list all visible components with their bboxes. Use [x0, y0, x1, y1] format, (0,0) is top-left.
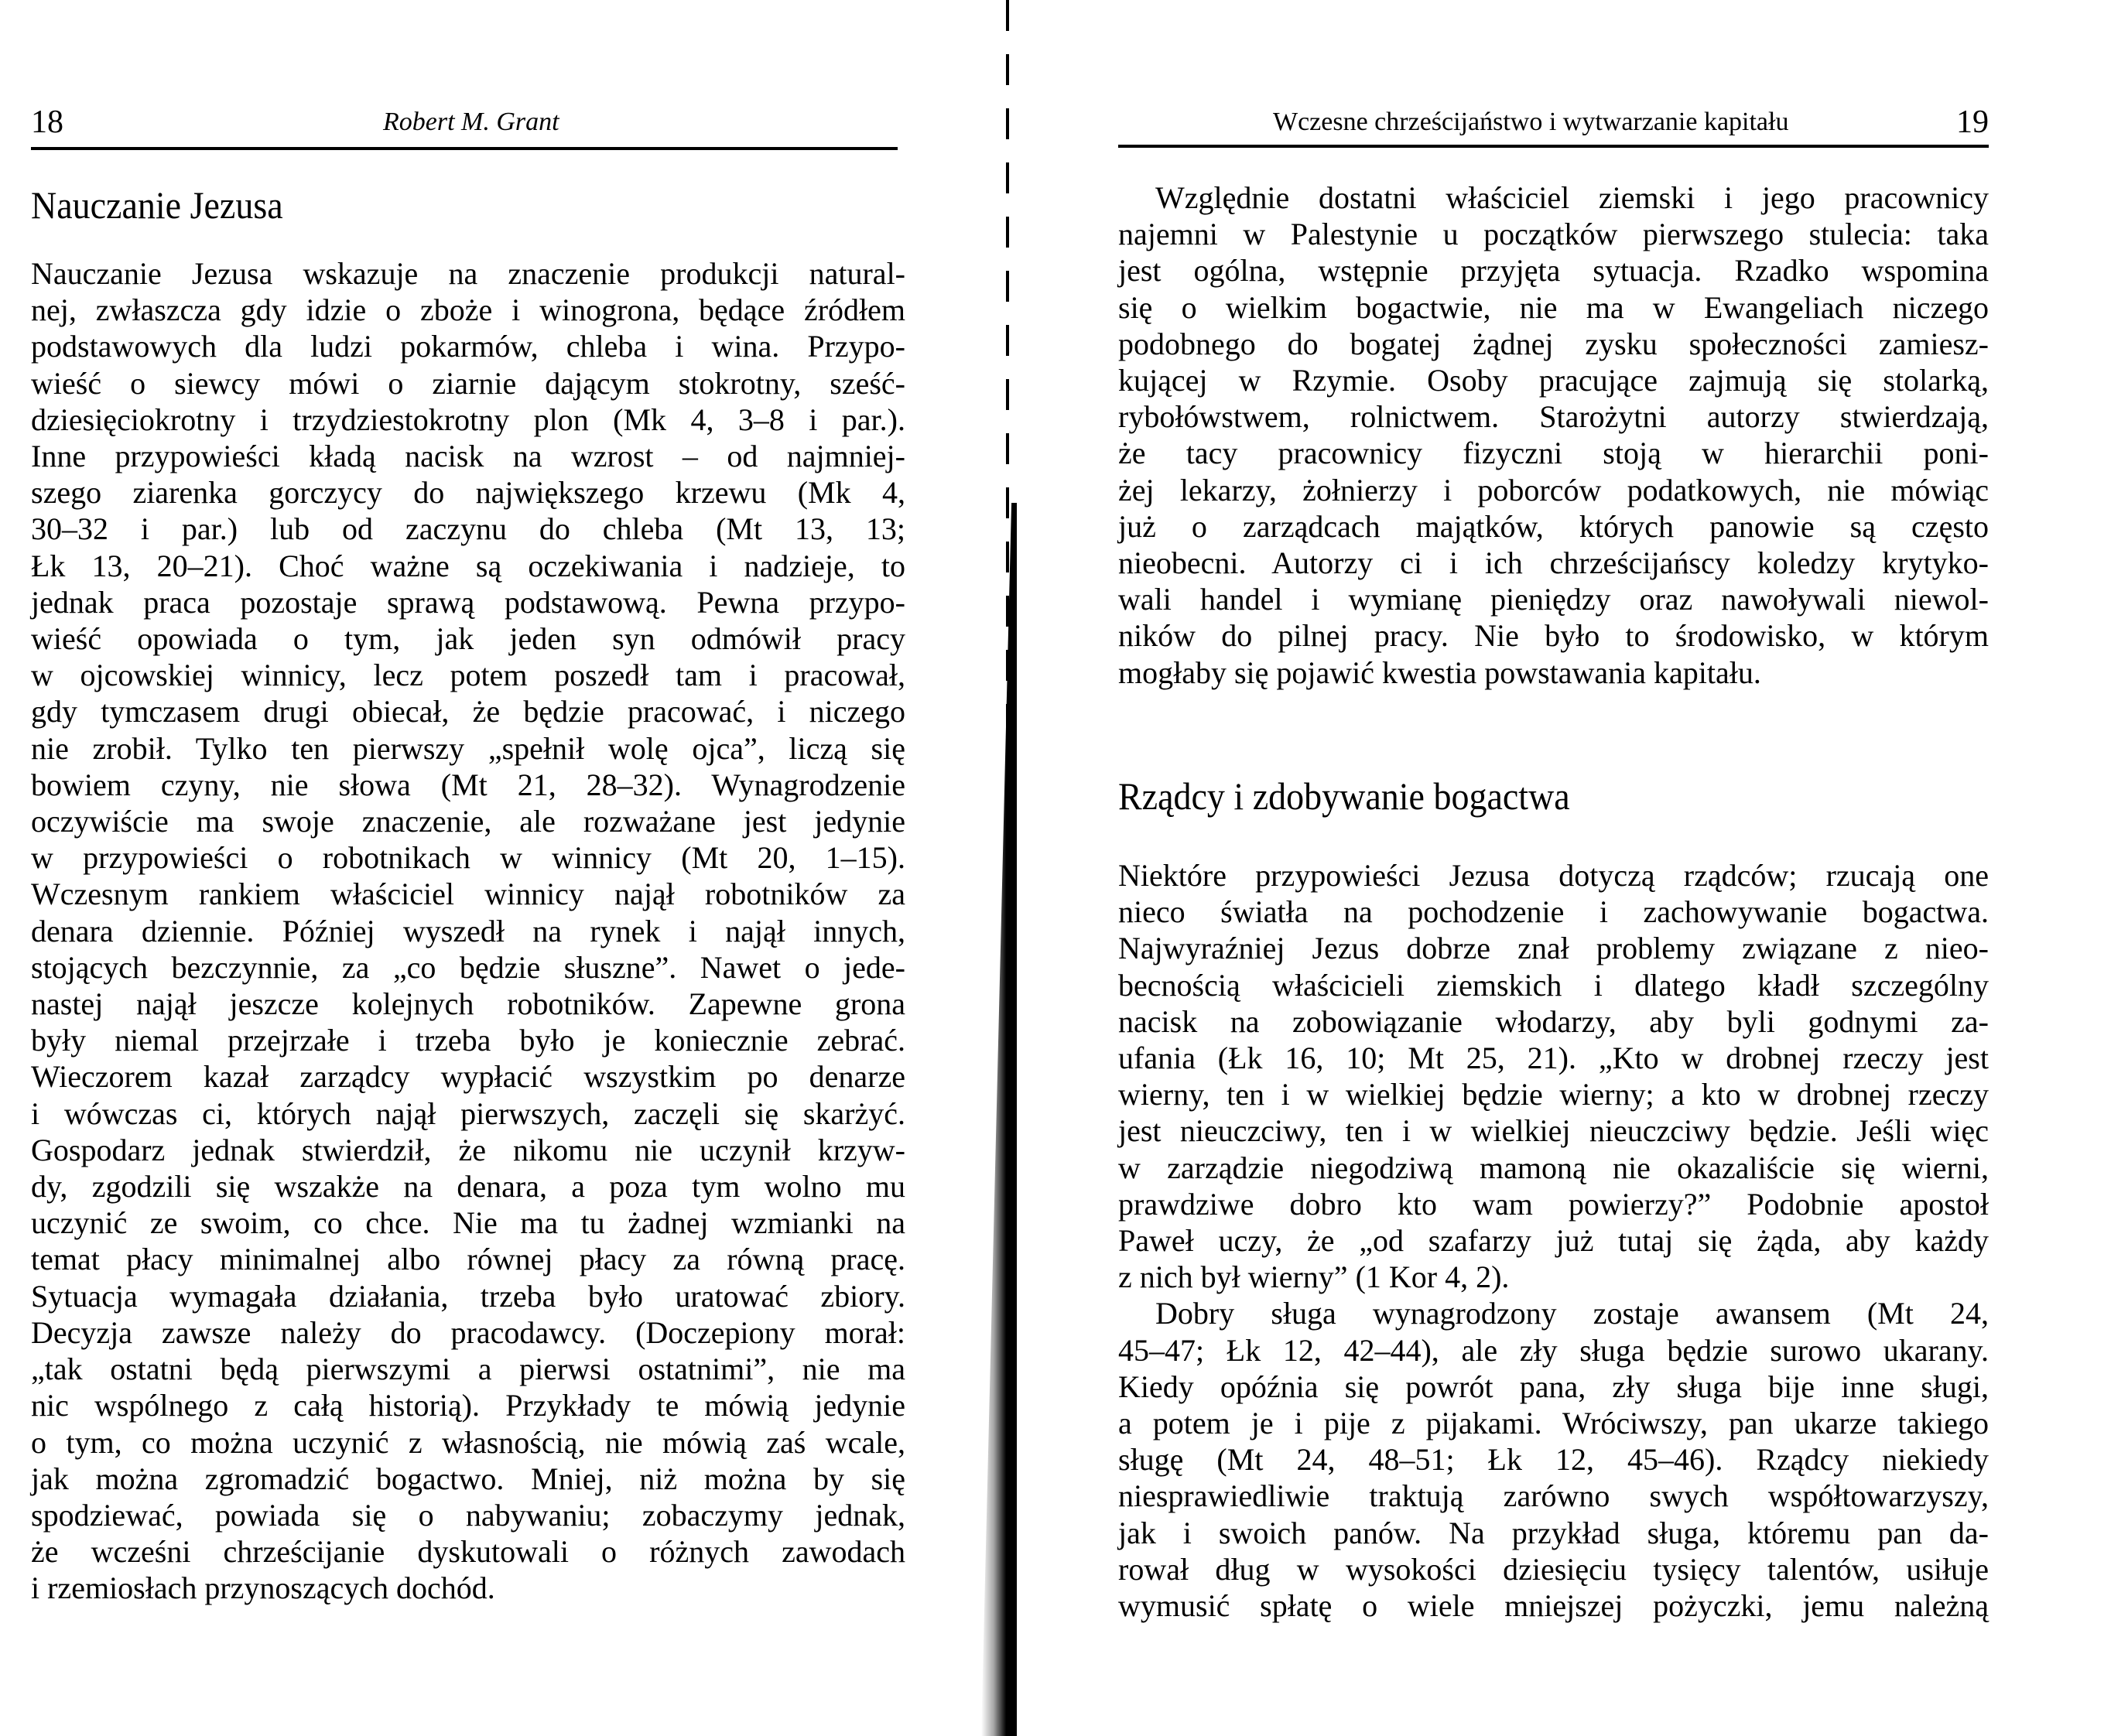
text-line: wieść opowiada o tym, jak jeden syn odmó…	[31, 620, 905, 657]
text-line: rybołówstwem, rolnictwem. Starożytni aut…	[1118, 398, 1989, 435]
text-line: jest ogólna, wstępnie przyjęta sytuacja.…	[1118, 252, 1989, 289]
section-heading: Nauczanie Jezusa	[31, 183, 283, 227]
text-line: nej, zwłaszcza gdy idzie o zboże i winog…	[31, 292, 905, 328]
text-line: wierny, ten i w wielkiej będzie wierny; …	[1118, 1076, 1989, 1112]
text-line: jednak praca pozostaje sprawą podstawową…	[31, 584, 905, 620]
left-body-text: Nauczanie Jezusa wskazuje na znaczenie p…	[31, 255, 905, 1607]
text-line: że wcześni chrześcijanie dyskutowali o r…	[31, 1533, 905, 1570]
running-title-author: Robert M. Grant	[383, 99, 559, 145]
text-line: Inne przypowieści kładą nacisk na wzrost…	[31, 438, 905, 474]
text-line: i rzemiosłach przynoszących dochód.	[31, 1570, 905, 1606]
text-line: Gospodarz jednak stwierdził, że nikomu n…	[31, 1132, 905, 1168]
text-line: Dobry sługa wynagrodzony zostaje awansem…	[1118, 1295, 1989, 1331]
text-line: spodziewać, powiada się o nabywaniu; zob…	[31, 1497, 905, 1533]
text-line: uczynić ze swoim, co chce. Nie ma tu żad…	[31, 1205, 905, 1241]
left-running-head: 18 Robert M. Grant	[31, 99, 898, 145]
text-line: najemni w Palestynie u początków pierwsz…	[1118, 216, 1989, 252]
text-line: wymusić spłatę o wiele mniejszej pożyczk…	[1118, 1587, 1989, 1624]
text-line: wali handel i wymianę pieniędzy oraz naw…	[1118, 581, 1989, 617]
text-line: w ojcowskiej winnicy, lecz potem poszedł…	[31, 657, 905, 693]
right-intro-text: Względnie dostatni właściciel ziemski i …	[1118, 179, 1989, 691]
text-line: becnością właścicieli ziemskich i dlateg…	[1118, 967, 1989, 1003]
text-line: Nauczanie Jezusa wskazuje na znaczenie p…	[31, 255, 905, 292]
text-line: denara dziennie. Później wyszedł na ryne…	[31, 913, 905, 949]
text-line: nieobecni. Autorzy ci i ich chrześcijańs…	[1118, 545, 1989, 581]
header-rule	[31, 147, 898, 150]
text-line: bowiem czyny, nie słowa (Mt 21, 28–32). …	[31, 767, 905, 803]
text-line: w zarządzie niegodziwą mamoną nie okazal…	[1118, 1150, 1989, 1186]
running-title-chapter: Wczesne chrześcijaństwo i wytwarzanie ka…	[1273, 99, 1788, 145]
text-line: „tak ostatni będą pierwszymi a pierwsi o…	[31, 1351, 905, 1387]
text-line: nic wspólnego z całą historią). Przykład…	[31, 1387, 905, 1423]
text-line: podstawowych dla ludzi pokarmów, chleba …	[31, 328, 905, 364]
text-line: dziesięciokrotny i trzydziestokrotny plo…	[31, 402, 905, 438]
text-line: prawdziwe dobro kto wam powierzy?” Podob…	[1118, 1186, 1989, 1222]
text-line: 30–32 i par.) lub od zaczynu do chleba (…	[31, 511, 905, 547]
text-line: żej lekarzy, żołnierzy i poborców podatk…	[1118, 472, 1989, 508]
page-number: 18	[31, 99, 63, 145]
text-line: gdy tymczasem drugi obiecał, że będzie p…	[31, 693, 905, 730]
text-line: dy, zgodzili się wszakże na denara, a po…	[31, 1168, 905, 1205]
text-line: jak można zgromadzić bogactwo. Mniej, ni…	[31, 1461, 905, 1497]
text-line: Sytuacja wymagała działania, trzeba było…	[31, 1278, 905, 1314]
text-line: mogłaby się pojawić kwestia powstawania …	[1118, 654, 1989, 691]
text-line: oczywiście ma swoje znaczenie, ale rozwa…	[31, 803, 905, 839]
text-line: Kiedy opóźnia się powrót pana, zły sługa…	[1118, 1369, 1989, 1405]
text-line: w przypowieści o robotnikach w winnicy (…	[31, 839, 905, 876]
text-line: niesprawiedliwie traktują zarówno swych …	[1118, 1478, 1989, 1514]
text-line: już o zarządcach majątków, których panow…	[1118, 508, 1989, 545]
text-line: wieść o siewcy mówi o ziarnie dającym st…	[31, 365, 905, 402]
text-line: podobnego do bogatej żądnej zysku społec…	[1118, 326, 1989, 362]
text-line: a potem je i pije z pijakami. Wróciwszy,…	[1118, 1405, 1989, 1441]
text-line: stojących bezczynnie, za „co będzie słus…	[31, 949, 905, 986]
text-line: jest nieuczciwy, ten i w wielkiej nieucz…	[1118, 1112, 1989, 1149]
page-number: 19	[1956, 99, 1989, 145]
text-line: nie zrobił. Tylko ten pierwszy „spełnił …	[31, 730, 905, 767]
text-line: że tacy pracownicy fizyczni stoją w hier…	[1118, 435, 1989, 471]
text-line: Wczesnym rankiem właściciel winnicy nają…	[31, 876, 905, 912]
text-line: szego ziarenka gorczycy do największego …	[31, 474, 905, 511]
text-line: jak i swoich panów. Na przykład sługa, k…	[1118, 1515, 1989, 1551]
text-line: sługę (Mt 24, 48–51; Łk 12, 45–46). Rząd…	[1118, 1441, 1989, 1478]
text-line: Decyzja zawsze należy do pracodawcy. (Do…	[31, 1314, 905, 1351]
section-heading: Rządcy i zdobywanie bogactwa	[1118, 774, 1570, 818]
text-line: się o wielkim bogactwie, nie ma w Ewange…	[1118, 289, 1989, 326]
right-running-head: Wczesne chrześcijaństwo i wytwarzanie ka…	[1118, 99, 1989, 145]
text-line: były niemal przejrzałe i trzeba było je …	[31, 1022, 905, 1058]
right-section-text: Niektóre przypowieści Jezusa dotyczą rzą…	[1118, 857, 1989, 1624]
text-line: temat płacy minimalnej albo równej płacy…	[31, 1241, 905, 1277]
text-line: kującej w Rzymie. Osoby pracujące zajmuj…	[1118, 362, 1989, 398]
text-line: Paweł uczy, że „od szafarzy już tutaj si…	[1118, 1222, 1989, 1259]
text-line: Łk 13, 20–21). Choć ważne są oczekiwania…	[31, 548, 905, 584]
text-line: ufania (Łk 16, 10; Mt 25, 21). „Kto w dr…	[1118, 1040, 1989, 1076]
text-line: z nich był wierny” (1 Kor 4, 2).	[1118, 1259, 1989, 1295]
text-line: 45–47; Łk 12, 42–44), ale zły sługa będz…	[1118, 1332, 1989, 1369]
left-page: 18 Robert M. Grant Nauczanie Jezusa Nauc…	[0, 0, 975, 1736]
header-rule	[1118, 145, 1989, 148]
text-line: i wówczas ci, których najął pierwszych, …	[31, 1095, 905, 1132]
text-line: Najwyraźniej Jezus dobrze znał problemy …	[1118, 930, 1989, 966]
right-page: Wczesne chrześcijaństwo i wytwarzanie ka…	[1029, 0, 2111, 1736]
text-line: ników do pilnej pracy. Nie było to środo…	[1118, 617, 1989, 654]
text-line: Względnie dostatni właściciel ziemski i …	[1118, 179, 1989, 216]
text-line: o tym, co można uczynić z własnością, ni…	[31, 1424, 905, 1461]
scan-gutter-shadow	[981, 503, 1017, 1736]
text-line: Wieczorem kazał zarządcy wypłacić wszyst…	[31, 1058, 905, 1095]
text-line: nieco światła na pochodzenie i zachowywa…	[1118, 894, 1989, 930]
text-line: nacisk na zobowiązanie włodarzy, aby byl…	[1118, 1003, 1989, 1040]
text-line: Niektóre przypowieści Jezusa dotyczą rzą…	[1118, 857, 1989, 894]
text-line: nastej najął jeszcze kolejnych robotnikó…	[31, 986, 905, 1022]
text-line: rował dług w wysokości dziesięciu tysięc…	[1118, 1551, 1989, 1587]
